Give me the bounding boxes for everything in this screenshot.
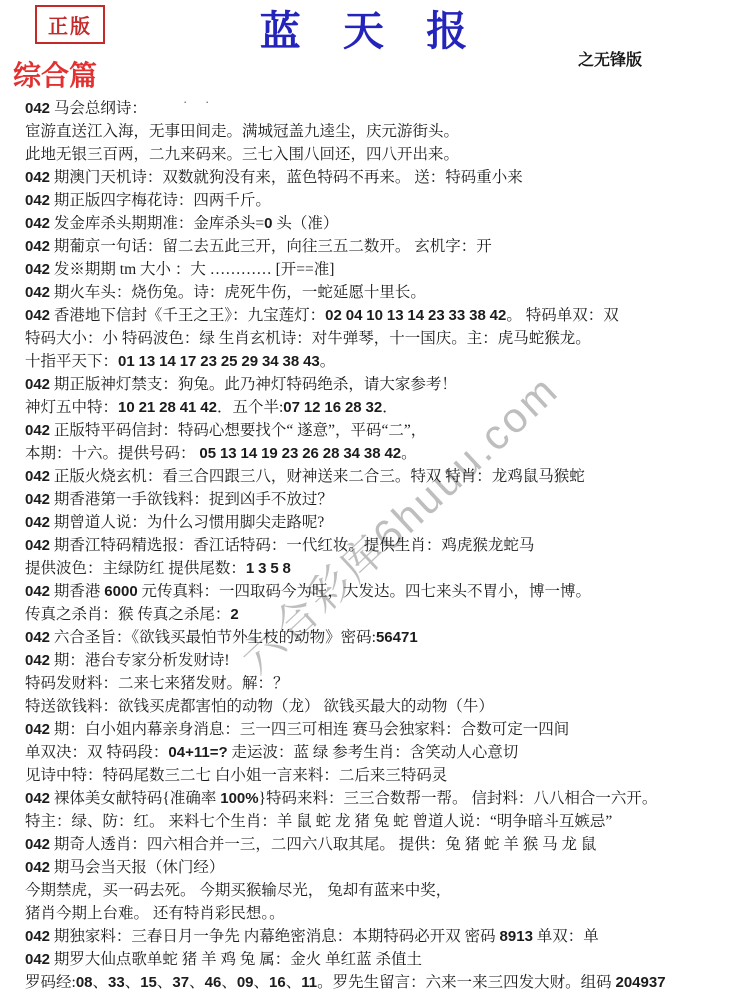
text-line: 提供波色：主绿防红 提供尾数：1 3 5 8: [25, 557, 737, 580]
document-body: 042 马会总纲诗：宦游直送江入海，无事田间走。满城冠盖九逵尘，庆元游街头。此地…: [25, 97, 737, 994]
text-line: 特主：绿、防：红。 来料七个生肖：羊 鼠 蛇 龙 猪 兔 蛇 曾道人说：“明争暗…: [25, 810, 737, 833]
text-line: 042 期曾道人说：为什么习惯用脚尖走路呢?: [25, 511, 737, 534]
text-line: 神灯五中特：10 21 28 41 42．五个半:07 12 16 28 32．: [25, 396, 737, 419]
text-line: 宦游直送江入海，无事田间走。满城冠盖九逵尘，庆元游街头。: [25, 120, 737, 143]
text-line: 042 香港地下信封《千王之王》：九宝莲灯：02 04 10 13 14 23 …: [25, 304, 737, 327]
text-line: 十指平天下：01 13 14 17 23 25 29 34 38 43。: [25, 350, 737, 373]
text-line: 特码大小：小 特码波色：绿 生肖玄机诗：对牛弹琴，十一国庆。主：虎马蛇猴龙。: [25, 327, 737, 350]
text-line: 042 发※期期 tm 大小 ：大 ………… [开==准]: [25, 258, 737, 281]
text-line: 042 期香港 6000 元传真料：一四取码今为旺，大发达。四七来头不胃小，博一…: [25, 580, 737, 603]
text-line: 042 正版火烧玄机：看三合四跟三八，财神送来二合三。特双 特肖：龙鸡鼠马猴蛇: [25, 465, 737, 488]
text-line: 传真之杀肖：猴 传真之杀尾：2: [25, 603, 737, 626]
text-line: 特码发财料：二来七来猪发财。解：？: [25, 672, 737, 695]
text-line: 今期禁虎，买一码去死。 今期买猴输尽光， 兔却有蓝来中奖，: [25, 879, 737, 902]
text-line: 042 期澳门天机诗：双数就狗没有来，蓝色特码不再来。 送：特码重小来: [25, 166, 737, 189]
text-line: 猪肖今期上台难。 还有特肖彩民想。。: [25, 902, 737, 925]
text-line: 042 期正版四字梅花诗：四两千斤。: [25, 189, 737, 212]
text-line: 042 六合圣旨：《欲钱买最怕节外生枝的动物》密码:56471: [25, 626, 737, 649]
text-line: 本期：十六。提供号码： 05 13 14 19 23 26 28 34 38 4…: [25, 442, 737, 465]
text-line: 042 期香江特码精选报：香江话特码：一代红妆。提供生肖：鸡虎猴龙蛇马: [25, 534, 737, 557]
text-line: 042 马会总纲诗：: [25, 97, 737, 120]
text-line: 042 期正版神灯禁支：狗兔。此乃神灯特码绝杀，请大家参考！: [25, 373, 737, 396]
text-line: 罗码经:08、33、15、37、46、09、16、11。罗先生留言：六来一来三四…: [25, 971, 737, 994]
document-page: 正版 蓝 天 报 之无锋版 综合篇 · · 六合彩库6huuu.com 042 …: [0, 0, 743, 1000]
text-line: 042 期独家料：三春日月一争先 内幕绝密消息：本期特码必开双 密码 8913 …: [25, 925, 737, 948]
section-title: 综合篇: [13, 54, 97, 94]
text-line: 特送欲钱料：欲钱买虎都害怕的动物（龙） 欲钱买最大的动物（牛）: [25, 695, 737, 718]
text-line: 此地无银三百两，二九来码来。三七入围八回还，四八开出来。: [25, 143, 737, 166]
text-line: 042 期香港第一手欲钱料：捉到凶手不放过？: [25, 488, 737, 511]
text-line: 042 发金库杀头期期准：金库杀头=0 头（准）: [25, 212, 737, 235]
text-line: 单双决：双 特码段：04+11=? 走运波：蓝 绿 参考生肖：含笑动人心意切: [25, 741, 737, 764]
text-line: 042 期火车头：烧伤兔。诗：虎死牛伤，一蛇延愿十里长。: [25, 281, 737, 304]
text-line: 042 期葡京一句话：留二去五此三开，向往三五二数开。 玄机字：开: [25, 235, 737, 258]
text-line: 042 裸体美女献特码{准确率 100%}特码来料：三三合数帮一帮。 信封料：八…: [25, 787, 737, 810]
text-line: 042 期奇人透肖：四六相合并一三，二四六八取其尾。 提供：兔 猪 蛇 羊 猴 …: [25, 833, 737, 856]
text-line: 见诗中特：特码尾数三二七 白小姐一言来料：二后来三特码灵: [25, 764, 737, 787]
text-line: 042 期罗大仙点歌单蛇 猪 羊 鸡 兔 属：金火 单红蓝 杀值土: [25, 948, 737, 971]
text-line: 042 期：港台专家分析发财诗!: [25, 649, 737, 672]
edition-label: 之无锋版: [578, 47, 642, 70]
text-line: 042 正版特平码信封：特码心想要找个“ 遂意”，平码“二”，: [25, 419, 737, 442]
text-line: 042 期：白小姐内幕亲身消息：三一四三可相连 赛马会独家料：合数可定一四间: [25, 718, 737, 741]
text-line: 042 期马会当天报（休门经）: [25, 856, 737, 879]
